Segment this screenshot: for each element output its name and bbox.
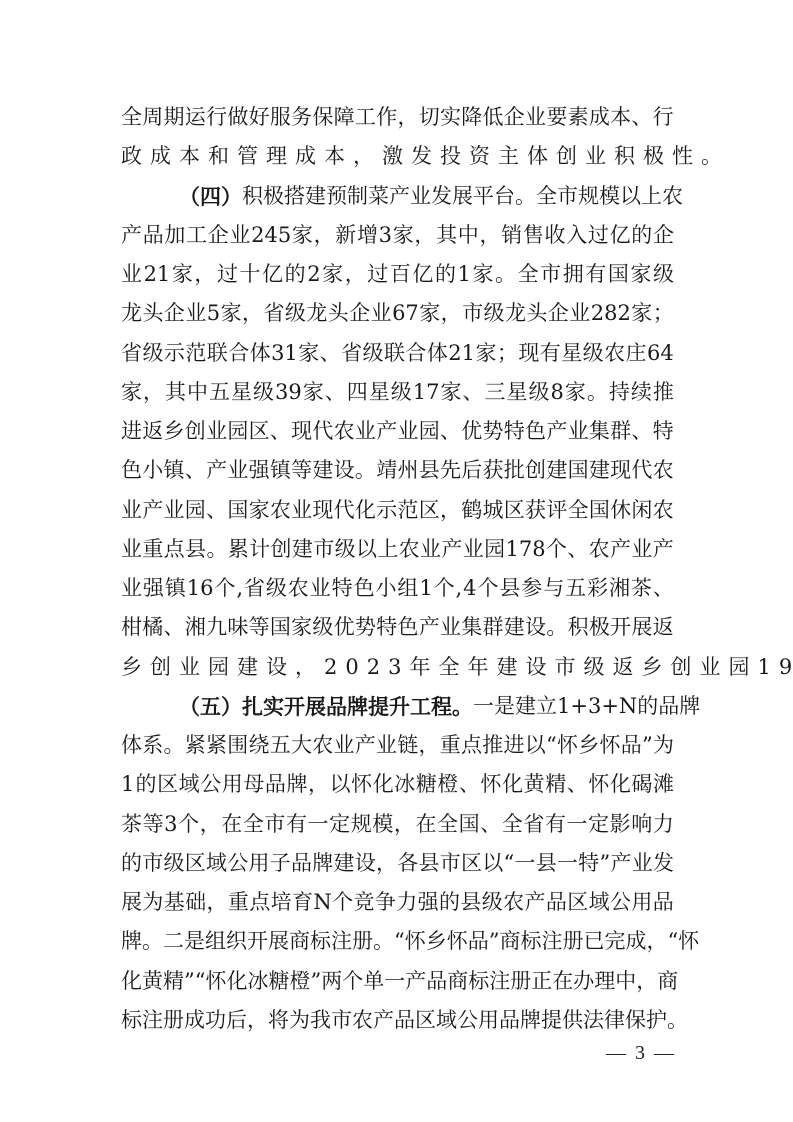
- body-text: 业: [121, 530, 142, 569]
- body-text: 品: [468, 922, 489, 961]
- body-text: 重: [142, 530, 163, 569]
- body-text: 切: [419, 98, 440, 137]
- body-text: 企: [653, 216, 674, 255]
- body-text: 争: [375, 883, 396, 922]
- body-text: 上: [377, 530, 398, 569]
- body-text: 规: [578, 177, 599, 216]
- body-text: 收: [545, 216, 566, 255]
- body-text: 立: [536, 687, 557, 726]
- body-text: ，: [479, 216, 500, 255]
- body-text: 有: [585, 255, 606, 294]
- body-text: 1: [458, 255, 471, 294]
- body-text: 个: [332, 883, 353, 922]
- body-text: 设: [355, 844, 376, 883]
- body-text: 糖: [269, 962, 290, 1001]
- body-text: 全: [438, 648, 467, 687]
- body-text: 体: [427, 334, 448, 373]
- body-text: 区: [419, 491, 440, 530]
- body-text: 五: [270, 726, 291, 765]
- body-text: 全: [243, 805, 264, 844]
- body-text: 一: [515, 844, 536, 883]
- body-text: ，: [247, 1001, 268, 1040]
- body-text: ，: [200, 805, 221, 844]
- body-text: 、: [185, 451, 206, 490]
- body-text: 农: [503, 883, 524, 922]
- body-text: 域: [206, 844, 227, 883]
- body-text: 县: [185, 530, 206, 569]
- body-text: 家: [472, 255, 493, 294]
- heading-text: 升: [389, 687, 410, 726]
- body-text: 商: [447, 962, 468, 1001]
- body-text: 返: [612, 648, 641, 687]
- body-text: 绕: [249, 726, 270, 765]
- body-text: 园: [227, 412, 248, 451]
- body-text: 乡: [426, 922, 447, 961]
- text-line: 柑橘、湘九味等国家级优势特色产业集群建设。积极开展返: [121, 608, 674, 647]
- body-text: 产: [206, 451, 227, 490]
- body-text: 围: [227, 726, 248, 765]
- body-text: 。: [701, 137, 730, 176]
- body-text: 产: [653, 530, 674, 569]
- body-text: 为: [653, 726, 674, 765]
- body-text: 湘: [185, 608, 206, 647]
- body-text: 代: [334, 491, 355, 530]
- body-text: 织: [226, 922, 247, 961]
- body-text: 紧: [185, 726, 206, 765]
- body-text: 镇: [164, 451, 185, 490]
- body-text: N: [313, 883, 331, 922]
- body-text: 色: [121, 451, 142, 490]
- body-text: 四: [347, 373, 368, 412]
- body-text: 州: [397, 451, 418, 490]
- body-text: 年: [467, 648, 496, 687]
- body-text: 力: [396, 883, 417, 922]
- body-text: 县: [536, 844, 557, 883]
- body-text: 茶: [121, 805, 142, 844]
- body-text: 周: [142, 98, 163, 137]
- body-text: 282: [591, 294, 631, 333]
- body-text: 的: [637, 687, 658, 726]
- body-text: 创: [556, 137, 585, 176]
- body-text: 群: [610, 412, 631, 451]
- body-text: 管: [237, 137, 266, 176]
- body-text: 参: [521, 569, 542, 608]
- body-text: 册: [352, 922, 373, 961]
- body-text: 资: [469, 137, 498, 176]
- body-text: 设: [525, 608, 546, 647]
- body-text: 集: [589, 412, 610, 451]
- body-text: 业: [632, 844, 653, 883]
- body-text: 业: [568, 412, 589, 451]
- body-text: 子: [270, 844, 291, 883]
- heading-text: （: [179, 177, 200, 216]
- body-text: 、: [164, 608, 185, 647]
- body-text: 龙: [505, 294, 526, 333]
- body-text: 合: [405, 334, 426, 373]
- body-text: 业: [371, 294, 392, 333]
- body-text: 的: [285, 255, 306, 294]
- body-text: ”: [642, 726, 653, 765]
- body-text: 镇: [165, 569, 186, 608]
- body-text: 素: [568, 98, 589, 137]
- body-text: 化: [121, 962, 142, 1001]
- body-text: 国: [227, 491, 248, 530]
- heading-text: 程: [431, 687, 452, 726]
- body-text: 头: [142, 294, 163, 333]
- body-text: 各: [397, 844, 418, 883]
- text-line: （五）扎实开展品牌提升工程。一是建立1+3+N的品牌: [121, 687, 674, 726]
- body-text: 区: [504, 491, 525, 530]
- body-text: 。: [355, 451, 376, 490]
- body-text: ，: [242, 294, 263, 333]
- body-text: 售: [523, 216, 544, 255]
- body-text: 、: [206, 491, 227, 530]
- body-text: 在: [415, 805, 436, 844]
- body-text: 家: [172, 255, 193, 294]
- body-text: ，: [308, 765, 329, 804]
- text-line: 1 的区域公用母品牌，以怀化冰糖橙、怀化黄精、怀化碣滩: [121, 765, 674, 804]
- body-text: 本: [610, 98, 631, 137]
- body-text: 增: [357, 216, 378, 255]
- body-text: 大: [291, 726, 312, 765]
- body-text: 律: [604, 1001, 625, 1040]
- body-text: 个: [342, 962, 363, 1001]
- body-text: 优: [461, 412, 482, 451]
- body-text: 展: [268, 922, 289, 961]
- body-text: 群: [483, 608, 504, 647]
- body-text: 标: [121, 1001, 142, 1040]
- body-text: 以: [482, 844, 503, 883]
- body-text: 推: [482, 726, 503, 765]
- body-text: ，: [207, 883, 228, 922]
- text-line: 牌。二是组织开展商标注册。“怀乡怀品”商标注册已完成，“怀: [121, 922, 674, 961]
- body-text: 品: [143, 216, 164, 255]
- body-text: 年: [409, 648, 438, 687]
- body-text: 城: [483, 491, 504, 530]
- body-text: 级: [482, 883, 503, 922]
- text-line: 的市级区域公用子品牌建设，各县市区以“一县一特”产业发: [121, 844, 674, 883]
- body-text: 建: [237, 648, 266, 687]
- body-text: 19: [757, 648, 793, 687]
- body-text: 点: [249, 883, 270, 922]
- body-text: 产: [405, 962, 426, 1001]
- body-text: 与: [543, 569, 564, 608]
- body-text: 级: [391, 373, 412, 412]
- body-text: 级: [253, 373, 274, 412]
- body-text: 展: [121, 883, 142, 922]
- body-text: 牌: [121, 922, 142, 961]
- body-text: 区: [567, 883, 588, 922]
- body-text: ，: [419, 726, 440, 765]
- body-text: 企: [164, 294, 185, 333]
- body-text: 理: [594, 962, 615, 1001]
- heading-text: 五: [200, 687, 221, 726]
- body-text: 标: [468, 962, 489, 1001]
- body-text: 市: [331, 1001, 352, 1040]
- body-text: 色: [397, 608, 418, 647]
- body-text: 规: [351, 805, 372, 844]
- body-text: 怀: [351, 765, 372, 804]
- body-text: 园: [728, 648, 757, 687]
- body-text: 。: [373, 922, 394, 961]
- body-text: 级: [528, 373, 549, 412]
- body-text: 体: [121, 726, 142, 765]
- body-text: 业: [291, 491, 312, 530]
- body-text: 、: [567, 530, 588, 569]
- body-text: 基: [164, 883, 185, 922]
- body-text: 单: [363, 962, 384, 1001]
- body-text: 平: [473, 177, 494, 216]
- body-text: 品: [546, 883, 567, 922]
- body-text: 业: [463, 530, 484, 569]
- body-text: 、: [459, 765, 480, 804]
- body-text: 业: [631, 530, 652, 569]
- text-line: 化黄精”“怀化冰糖橙”两个单一产品商标注册正在办理中，商: [121, 962, 674, 1001]
- body-text: 全: [518, 255, 539, 294]
- body-text: 范: [185, 334, 206, 373]
- body-text: 一: [473, 687, 494, 726]
- body-text: 21: [448, 334, 475, 373]
- body-text: 全: [437, 805, 458, 844]
- body-text: 用: [249, 844, 270, 883]
- body-text: 办: [573, 962, 594, 1001]
- body-text: 产: [546, 412, 567, 451]
- body-text: 化: [610, 765, 631, 804]
- body-text: 。: [164, 726, 185, 765]
- body-text: 十: [240, 255, 261, 294]
- body-text: 二: [163, 922, 184, 961]
- body-text: 完: [605, 922, 626, 961]
- body-text: 国: [608, 255, 629, 294]
- page-number: — 3 —: [606, 1042, 676, 1065]
- body-text: 家: [121, 373, 142, 412]
- body-text: 业: [121, 569, 142, 608]
- body-text: 以: [525, 726, 546, 765]
- body-text: 个: [546, 530, 567, 569]
- body-text: 以: [356, 530, 377, 569]
- body-text: 业: [121, 491, 142, 530]
- body-text: 业: [376, 726, 397, 765]
- body-text: 市: [554, 648, 583, 687]
- body-text: 进: [121, 412, 142, 451]
- body-text: 五: [565, 569, 586, 608]
- body-text: 注: [489, 962, 510, 1001]
- body-text: 亿: [262, 255, 283, 294]
- body-text: 过: [367, 255, 388, 294]
- body-text: 建: [496, 648, 525, 687]
- body-text: 黄: [524, 765, 545, 804]
- body-text: 体: [250, 334, 271, 373]
- body-text: 龙: [306, 294, 327, 333]
- text-line: 家，其中五星级39家、四星级17家、三星级8家。持续推: [121, 373, 674, 412]
- body-text: 家: [631, 294, 652, 333]
- text-line: 全周期运行做好服务保障工作，切实降低企业要素成本、行: [121, 98, 674, 137]
- body-text: 进: [504, 726, 525, 765]
- body-text: 障: [334, 98, 355, 137]
- body-text: 品: [426, 962, 447, 1001]
- body-text: 五: [209, 373, 230, 412]
- body-text: 橘: [142, 608, 163, 647]
- body-text: 业: [206, 412, 227, 451]
- body-text: 区: [461, 844, 482, 883]
- text-line: 茶等3个，在全市有一定规模，在全国、全省有一定影响力: [121, 805, 674, 844]
- body-text: 其: [165, 373, 186, 412]
- body-text: 性: [672, 137, 701, 176]
- body-text: 省: [263, 294, 284, 333]
- body-text: 建: [312, 451, 333, 490]
- body-text: 级: [266, 569, 287, 608]
- body-text: 点: [461, 726, 482, 765]
- body-text: 彩: [587, 569, 608, 608]
- body-text: 化: [227, 962, 248, 1001]
- body-text: 农: [653, 451, 674, 490]
- body-text: 菜: [368, 177, 389, 216]
- body-text: 品: [499, 1001, 520, 1040]
- body-text: 农: [288, 569, 309, 608]
- body-text: 乡: [164, 412, 185, 451]
- body-text: 、: [270, 412, 291, 451]
- text-line: 业21家，过十亿的2家，过百亿的1家。全市拥有国家级: [121, 255, 674, 294]
- body-text: 组: [205, 922, 226, 961]
- body-text: 省: [341, 334, 362, 373]
- body-text: 展: [631, 608, 652, 647]
- text-line: 业重点县。累计创建市级以上农业产业园178个、农产业产: [121, 530, 674, 569]
- body-text: 黄: [142, 962, 163, 1001]
- body-text: 滩: [653, 765, 674, 804]
- body-text: 销: [501, 216, 522, 255]
- body-text: 镇: [270, 451, 291, 490]
- body-text: 获: [483, 451, 504, 490]
- body-text: 企: [208, 216, 229, 255]
- body-text: 乡: [641, 648, 670, 687]
- body-text: 17: [413, 373, 440, 412]
- body-text: ，: [143, 373, 164, 412]
- text-line: 色小镇、产业强镇等建设。靖州县先后获批创建国建现代农: [121, 451, 674, 490]
- body-text: 龙: [121, 294, 142, 333]
- body-text: 的: [435, 255, 456, 294]
- body-text: 范: [397, 491, 418, 530]
- body-text: 家: [565, 373, 586, 412]
- text-line: （四）积极搭建预制菜产业发展平台。全市规模以上农: [121, 177, 674, 216]
- body-text: 建: [546, 451, 567, 490]
- body-text: 星: [231, 373, 252, 412]
- body-text: 以: [330, 765, 351, 804]
- body-text: 闲: [631, 491, 652, 530]
- body-text: 16: [187, 569, 214, 608]
- body-text: 册: [510, 962, 531, 1001]
- body-text: 成: [626, 922, 647, 961]
- text-line: 省级示范联合体31家、省级联合体21家；现有星级农庄64: [121, 334, 674, 373]
- body-text: 家: [291, 608, 312, 647]
- body-text: 、: [320, 334, 341, 373]
- body-text: 要: [546, 98, 567, 137]
- body-text: 省: [121, 334, 142, 373]
- body-text: 级: [335, 530, 356, 569]
- body-text: 区: [415, 1001, 436, 1040]
- body-text: 产: [525, 883, 546, 922]
- body-text: 178: [505, 530, 545, 569]
- body-text: 建: [589, 451, 610, 490]
- body-text: 工: [186, 216, 207, 255]
- body-text: 柑: [121, 608, 142, 647]
- body-text: 中: [615, 962, 636, 1001]
- body-text: ”: [311, 962, 322, 1001]
- body-text: 成: [184, 1001, 205, 1040]
- body-text: 创: [185, 412, 206, 451]
- body-text: 为: [289, 1001, 310, 1040]
- body-text: 小: [142, 451, 163, 490]
- body-text: 2023: [324, 648, 409, 687]
- text-line: 标注册成功后，将为我市农产品区域公用品牌提供法律保护。: [121, 1001, 674, 1040]
- body-text: 行: [206, 98, 227, 137]
- body-text: “: [195, 962, 206, 1001]
- body-text: 农: [312, 726, 333, 765]
- body-text: ，: [441, 294, 462, 333]
- body-text: 域: [179, 765, 200, 804]
- body-text: 用: [478, 1001, 499, 1040]
- body-text: 39: [275, 373, 302, 412]
- body-text: 设: [525, 648, 554, 687]
- heading-text: 扎: [242, 687, 263, 726]
- body-text: 牌: [286, 765, 307, 804]
- body-text: 市: [142, 844, 163, 883]
- body-text: “: [546, 726, 557, 765]
- body-text: 品: [621, 726, 642, 765]
- body-text: ,: [236, 569, 243, 608]
- body-text: 业: [585, 137, 614, 176]
- body-text: 化: [373, 765, 394, 804]
- body-text: 过: [588, 216, 609, 255]
- body-text: 业: [185, 294, 206, 333]
- body-text: 县: [419, 844, 440, 883]
- body-text: 九: [206, 608, 227, 647]
- body-text: 保: [312, 98, 333, 137]
- body-text: 5: [207, 294, 220, 333]
- body-text: 功: [205, 1001, 226, 1040]
- body-text: 设: [334, 451, 355, 490]
- body-text: 园: [419, 412, 440, 451]
- body-text: 业: [699, 648, 728, 687]
- body-text: 市: [313, 530, 334, 569]
- body-text: 用: [222, 765, 243, 804]
- body-text: ”: [600, 844, 611, 883]
- body-text: 产: [355, 726, 376, 765]
- heading-text: 展: [305, 687, 326, 726]
- body-text: ，: [314, 216, 335, 255]
- body-text: 发: [431, 177, 452, 216]
- body-text: 册: [563, 922, 584, 961]
- body-text: 获: [525, 491, 546, 530]
- body-text: 建: [305, 177, 326, 216]
- body-text: 、: [480, 805, 501, 844]
- body-text: 发: [653, 844, 674, 883]
- body-text: 怀: [557, 726, 578, 765]
- body-text: 245: [251, 216, 291, 255]
- body-text: 主: [498, 137, 527, 176]
- body-text: ，: [295, 648, 324, 687]
- body-text: 紧: [206, 726, 227, 765]
- body-text: 搭: [284, 177, 305, 216]
- body-text: 百: [390, 255, 411, 294]
- body-text: 域: [589, 883, 610, 922]
- body-text: 牌: [520, 1001, 541, 1040]
- body-text: 等: [291, 451, 312, 490]
- body-text: 作: [376, 98, 397, 137]
- body-text: 。: [206, 530, 227, 569]
- body-text: 新: [335, 216, 356, 255]
- body-text: 一: [557, 844, 578, 883]
- body-text: 做: [227, 98, 248, 137]
